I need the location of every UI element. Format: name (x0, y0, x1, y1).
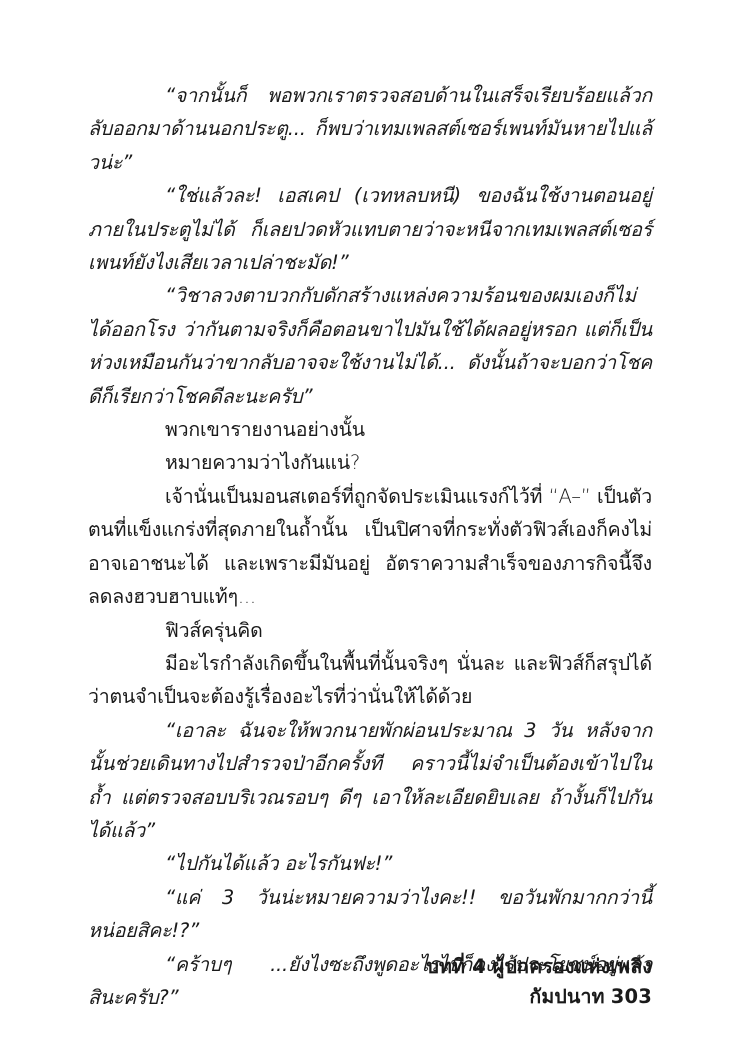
paragraph-2: “ใช่แล้วละ! เอสเคป (เวทหลบหนี) ของฉันใช้… (88, 179, 652, 279)
paragraph-10: “ไปกันได้แล้ว อะไรกันฟะ!” (88, 847, 652, 880)
page-footer: บทที่ 4 ผู้ปกครองแห่งเพลิงกัมปนาท303 (300, 952, 652, 1012)
paragraph-8: มีอะไรกำลังเกิดขึ้นในพื้นที่นั้นจริงๆ นั… (88, 647, 652, 714)
paragraph-9: “เอาละ ฉันจะให้พวกนายพักผ่อนประมาณ 3 วัน… (88, 714, 652, 848)
paragraph-3: “วิชาลวงตาบวกกับดักสร้างแหล่งความร้อนของ… (88, 279, 652, 413)
page-body: “จากนั้นก็ พอพวกเราตรวจสอบด้านในเสร็จเรี… (88, 79, 652, 1014)
page-number: 303 (611, 985, 652, 1008)
paragraph-7: ฟิวส์ครุ่นคิด (88, 614, 652, 647)
paragraph-11: “แค่ 3 วันน่ะหมายความว่าไงคะ!! ขอวันพักม… (88, 881, 652, 948)
paragraph-1: “จากนั้นก็ พอพวกเราตรวจสอบด้านในเสร็จเรี… (88, 79, 652, 179)
paragraph-4: พวกเขารายงานอย่างนั้น (88, 413, 652, 446)
paragraph-6: เจ้านั่นเป็นมอนสเตอร์ที่ถูกจัดประเมินแรง… (88, 480, 652, 614)
paragraph-5: หมายความว่าไงกันแน่? (88, 446, 652, 479)
